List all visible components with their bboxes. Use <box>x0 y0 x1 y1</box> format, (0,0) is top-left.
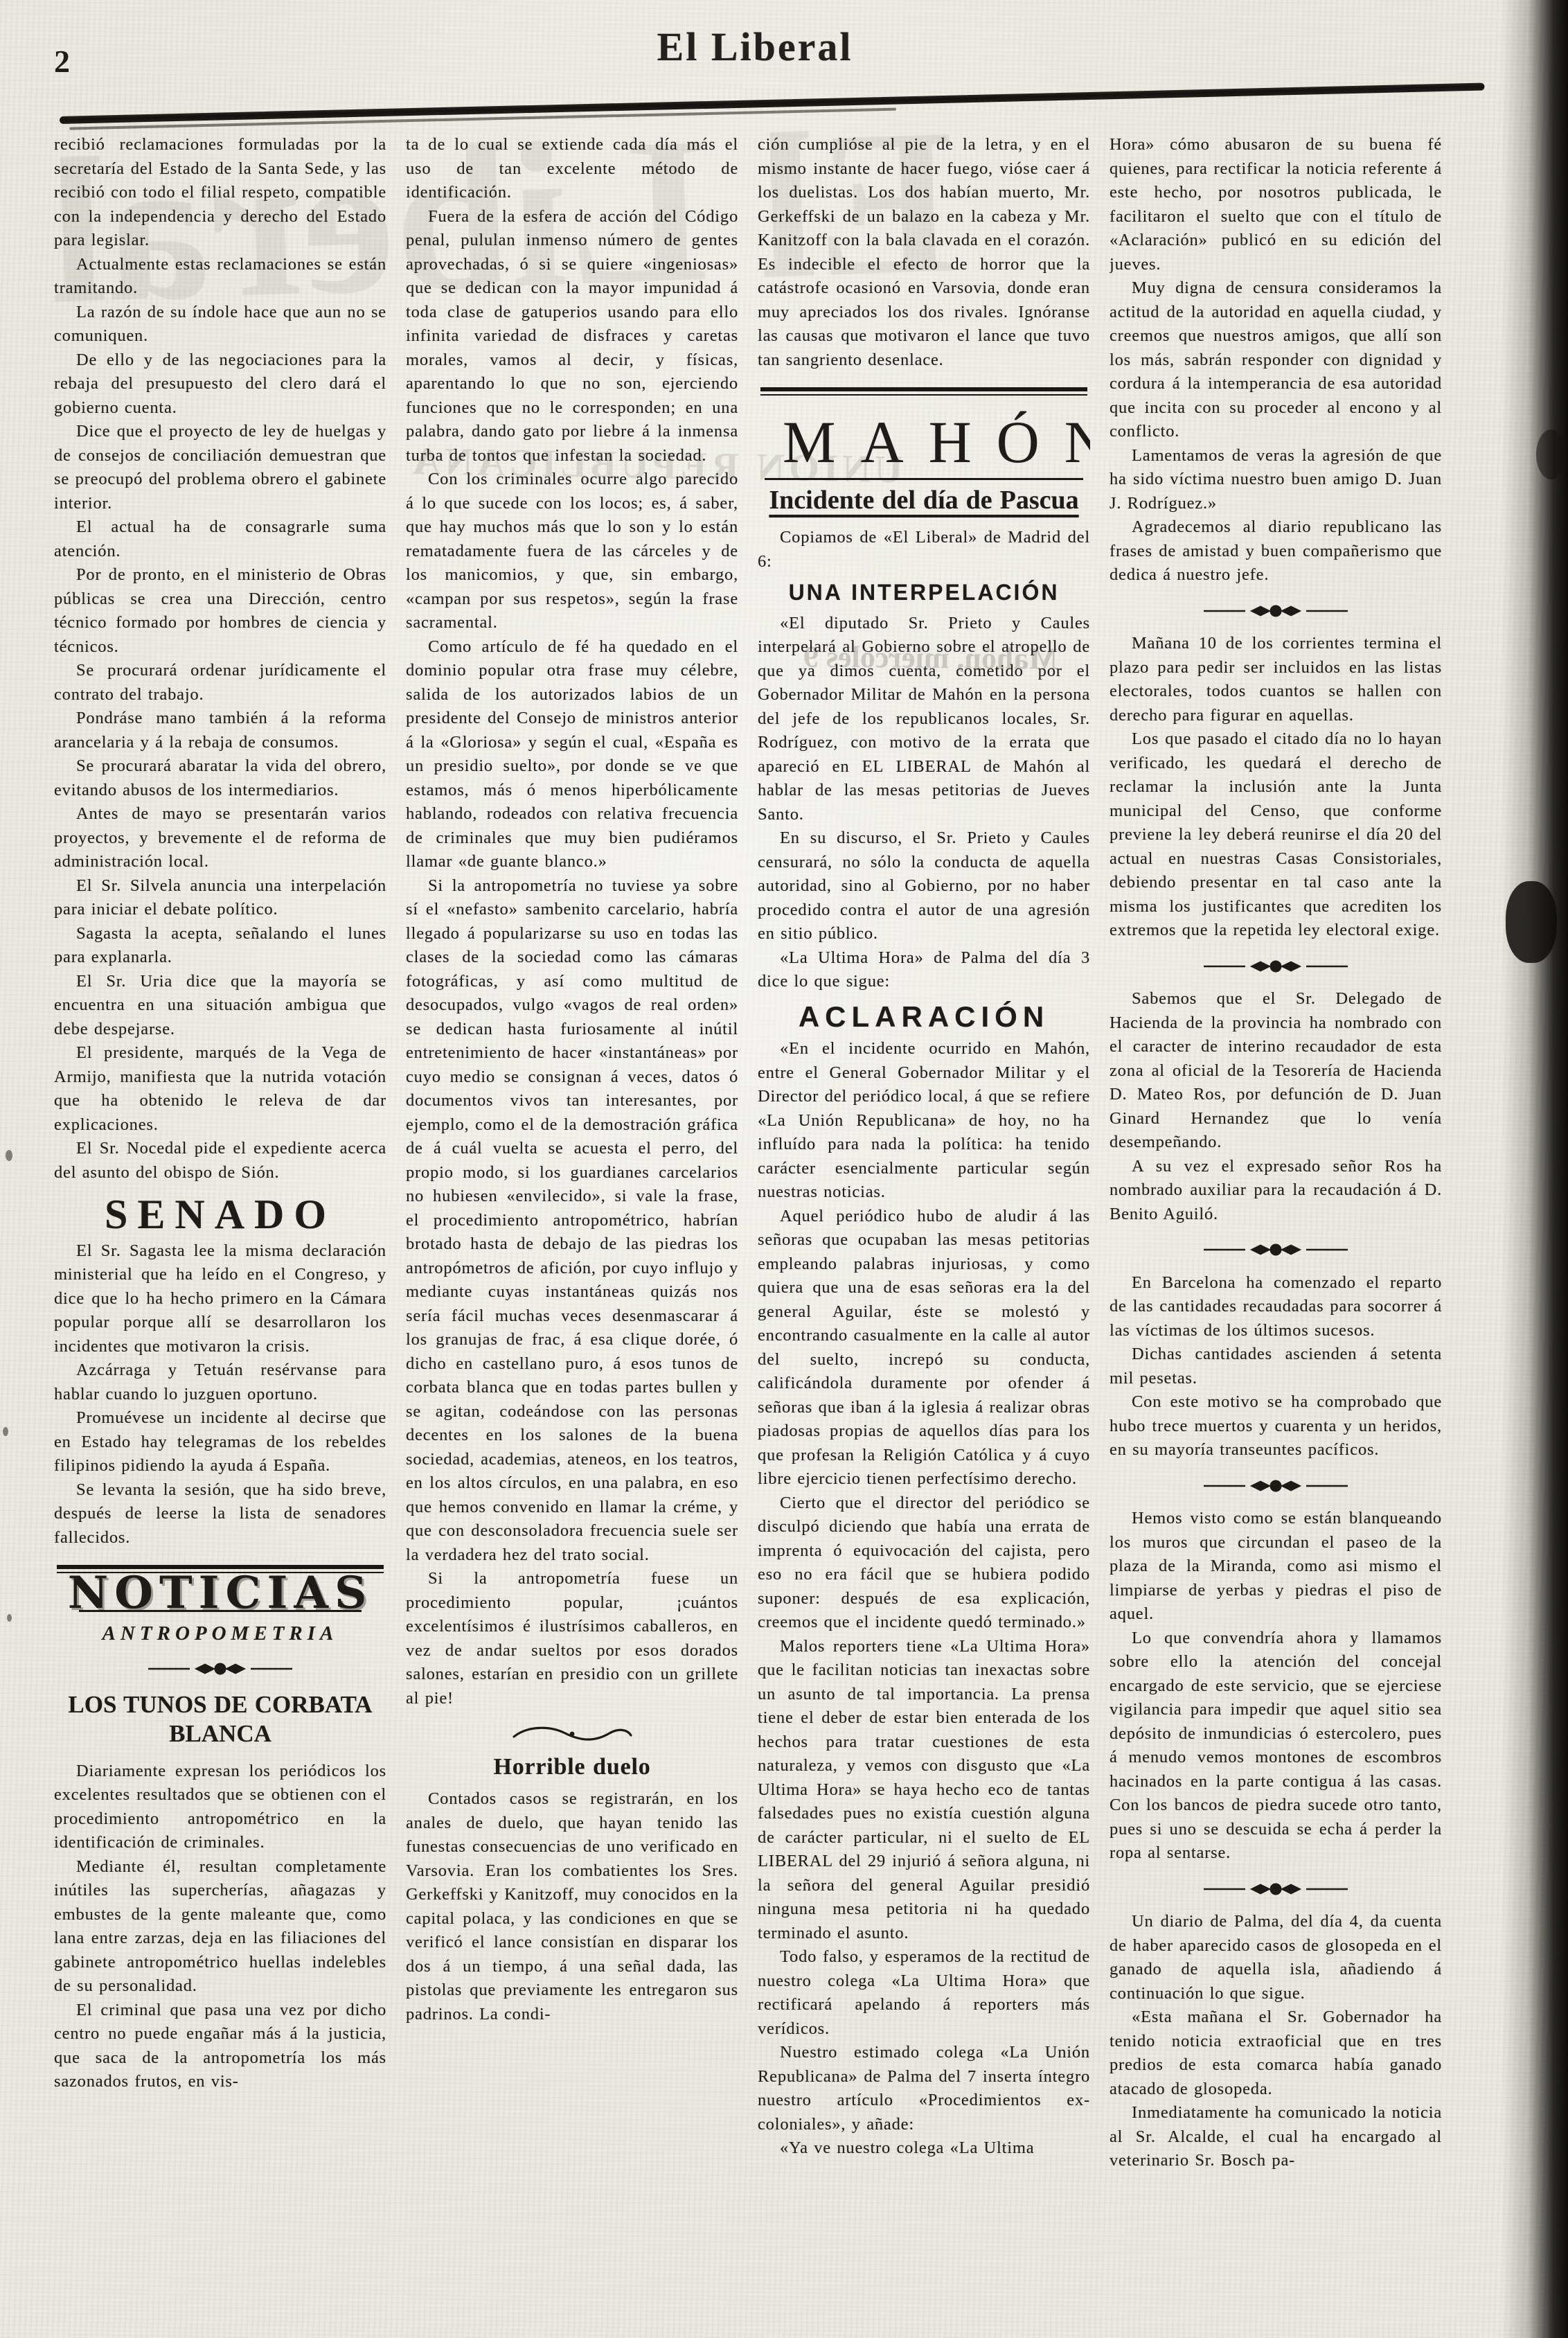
newspaper-masthead: El Liberal <box>0 24 1510 70</box>
scan-speck <box>6 1150 12 1161</box>
article-paragraph: «El diputado Sr. Prieto y Caules interpe… <box>758 612 1090 827</box>
scan-ink-blob <box>1506 881 1557 963</box>
article-paragraph: Se procurará ordenar jurídicamente el co… <box>54 659 386 707</box>
article-paragraph: Los que pasado el citado día no lo hayan… <box>1110 727 1442 943</box>
article-paragraph: Dice que el proyecto de ley de huelgas y… <box>54 420 386 515</box>
article-paragraph: Mañana 10 de los corrientes termina el p… <box>1110 632 1442 727</box>
column-2: ta de lo cual se extiende cada día más e… <box>406 133 738 2330</box>
article-paragraph: Se procurará abaratar la vida del obrero… <box>54 754 386 802</box>
heading-interpelacion: UNA INTERPELACIÓN <box>758 581 1090 605</box>
article-paragraph: Cierto que el director del periódico se … <box>758 1491 1090 1635</box>
article-paragraph: Promuévese un incidente al decirse que e… <box>54 1406 386 1478</box>
article-paragraph: «Ya ve nuestro colega «La Ultima <box>758 2136 1090 2161</box>
article-paragraph: ción cumplióse al pie de la letra, y en … <box>758 133 1090 372</box>
scan-edge-shadow <box>1502 0 1568 2338</box>
scan-ink-blob-small <box>1536 429 1567 479</box>
article-paragraph: Un diario de Palma, del día 4, da cuenta… <box>1110 1910 1442 2005</box>
article-paragraph: Con este motivo se ha comprobado que hub… <box>1110 1390 1442 1462</box>
article-paragraph: Mediante él, resultan completamente inút… <box>54 1855 386 1999</box>
article-paragraph: Si la antropometría no tuviese ya sobre … <box>406 874 738 1568</box>
article-paragraph: Si la antropometría fuese un procedimien… <box>406 1567 738 1710</box>
article-paragraph: Muy digna de censura consideramos la act… <box>1110 276 1442 444</box>
article-paragraph: Aquel periódico hubo de aludir á las señ… <box>758 1205 1090 1491</box>
article-paragraph: Por de pronto, en el ministerio de Obras… <box>54 563 386 659</box>
scan-speck <box>7 1614 12 1622</box>
article-paragraph: El Sr. Nocedal pide el expediente acerca… <box>54 1137 386 1185</box>
article-paragraph: El criminal que pasa una vez por dicho c… <box>54 1999 386 2094</box>
columns-container: recibió reclamaciones formuladas por la … <box>54 133 1442 2330</box>
diamond-ornament-icon <box>54 1656 386 1681</box>
article-paragraph: A su vez el expresado señor Ros ha nombr… <box>1110 1155 1442 1227</box>
article-paragraph: Azcárraga y Tetuán resérvanse para habla… <box>54 1358 386 1406</box>
diamond-ornament-icon <box>1110 1473 1442 1498</box>
heading-senado: SENADO <box>54 1203 386 1227</box>
article-paragraph: Sagasta la acepta, señalando el lunes pa… <box>54 922 386 970</box>
article-paragraph: Como artículo de fé ha quedado en el dom… <box>406 635 738 874</box>
newspaper-page: El LiberalMahón, miércoles 9UNION REPUBL… <box>0 0 1568 2338</box>
diamond-ornament-icon <box>1110 1877 1442 1901</box>
heading-duelo: Horrible duelo <box>406 1755 738 1780</box>
article-paragraph: En Barcelona ha comenzado el reparto de … <box>1110 1271 1442 1343</box>
article-paragraph: Malos reporters tiene «La Ultima Hora» q… <box>758 1635 1090 1946</box>
article-paragraph: El actual ha de consagrarle suma atenció… <box>54 515 386 563</box>
heading-noticias: NOTICIAS <box>54 1582 386 1606</box>
article-paragraph: Agradecemos al diario republicano las fr… <box>1110 515 1442 587</box>
article-paragraph: Copiamos de «El Liberal» de Madrid del 6… <box>758 526 1090 574</box>
article-paragraph: ta de lo cual se extiende cada día más e… <box>406 133 738 205</box>
article-paragraph: El Sr. Uria dice que la mayoría se encue… <box>54 970 386 1042</box>
article-paragraph: «En el incidente ocurrido en Mahón, entr… <box>758 1037 1090 1205</box>
diamond-ornament-icon <box>1110 954 1442 978</box>
article-paragraph: «La Ultima Hora» de Palma del día 3 dice… <box>758 946 1090 994</box>
flourish-ornament-icon <box>406 1721 738 1746</box>
article-paragraph: Inmediatamente ha comunicado la noticia … <box>1110 2101 1442 2173</box>
article-paragraph: Hora» cómo abusaron de su buena fé quien… <box>1110 133 1442 276</box>
article-paragraph: Con los criminales ocurre algo parecido … <box>406 468 738 635</box>
article-paragraph: El presidente, marqués de la Vega de Arm… <box>54 1041 386 1137</box>
column-rule <box>760 387 1087 396</box>
column-4: Hora» cómo abusaron de su buena fé quien… <box>1110 133 1442 2330</box>
column-rule <box>765 478 1083 480</box>
heading-aclaracion: ACLARACIÓN <box>758 1005 1090 1029</box>
article-paragraph: Actualmente estas reclamaciones se están… <box>54 253 386 301</box>
article-paragraph: De ello y de las negociaciones para la r… <box>54 348 386 420</box>
heading-mahon: MAHÓN <box>758 408 1090 477</box>
article-paragraph: «Esta mañana el Sr. Gobernador ha tenido… <box>1110 2005 1442 2101</box>
article-paragraph: En su discurso, el Sr. Prieto y Caules c… <box>758 826 1090 946</box>
article-paragraph: Nuestro estimado colega «La Unión Republ… <box>758 2041 1090 2136</box>
masthead-rule <box>60 83 1485 124</box>
article-paragraph: Hemos visto como se están blanqueando lo… <box>1110 1507 1442 1627</box>
column-3: ción cumplióse al pie de la letra, y en … <box>758 133 1090 2330</box>
article-paragraph: Sabemos que el Sr. Delegado de Hacienda … <box>1110 987 1442 1155</box>
article-paragraph: Antes de mayo se presentarán varios proy… <box>54 802 386 874</box>
article-paragraph: Pondráse mano también á la reforma aranc… <box>54 707 386 754</box>
article-paragraph: Fuera de la esfera de acción del Código … <box>406 205 738 468</box>
article-paragraph: Dichas cantidades ascienden á setenta mi… <box>1110 1343 1442 1390</box>
article-paragraph: Contados casos se registrarán, en los an… <box>406 1787 738 2026</box>
article-paragraph: Lamentamos de veras la agresión de que h… <box>1110 444 1442 516</box>
scan-speck <box>3 1427 8 1436</box>
diamond-ornament-icon <box>1110 599 1442 623</box>
article-paragraph: La razón de su índole hace que aun no se… <box>54 301 386 348</box>
article-paragraph: Se levanta la sesión, que ha sido breve,… <box>54 1478 386 1550</box>
heading-antro: ANTROPOMETRIA <box>54 1622 386 1646</box>
heading-incidente: Incidente del día de Pascua <box>758 488 1090 513</box>
article-paragraph: Todo falso, y esperamos de la rectitud d… <box>758 1945 1090 2041</box>
heading-tunos: LOS TUNOS DE CORBATA BLANCA <box>54 1690 386 1748</box>
article-paragraph: Lo que convendría ahora y llamamos sobre… <box>1110 1627 1442 1866</box>
column-1: recibió reclamaciones formuladas por la … <box>54 133 386 2330</box>
article-paragraph: Diariamente expresan los periódicos los … <box>54 1760 386 1855</box>
article-paragraph: El Sr. Silvela anuncia una interpelación… <box>54 874 386 922</box>
article-paragraph: recibió reclamaciones formuladas por la … <box>54 133 386 253</box>
article-paragraph: El Sr. Sagasta lee la misma declaración … <box>54 1239 386 1359</box>
diamond-ornament-icon <box>1110 1237 1442 1261</box>
